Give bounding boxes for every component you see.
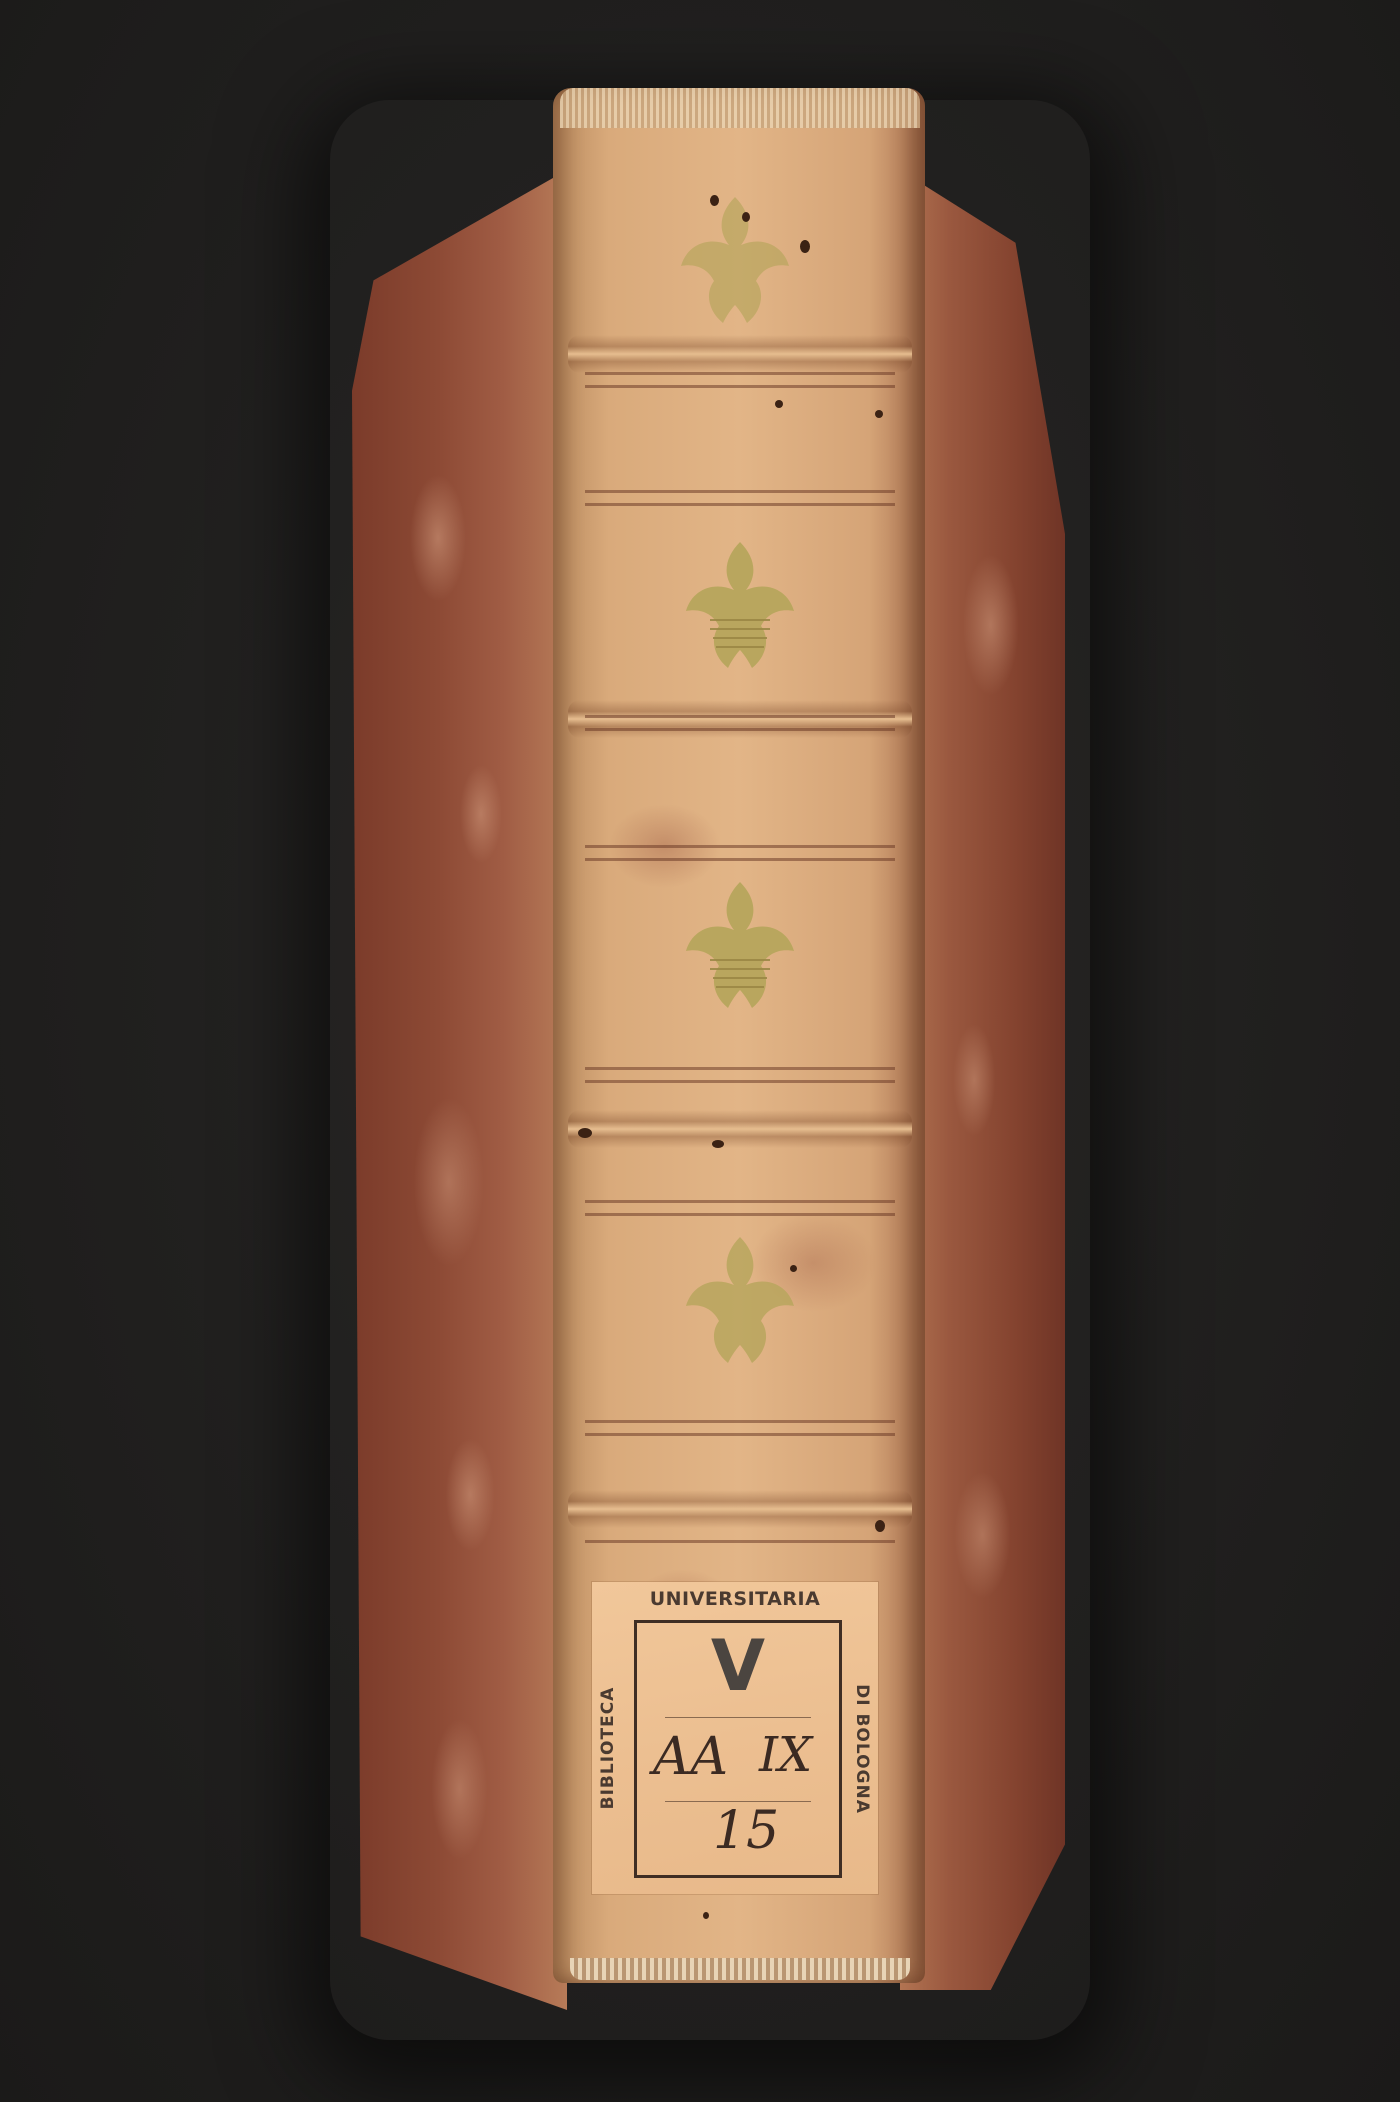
wormhole: [875, 410, 883, 418]
raised-band: [568, 1490, 912, 1528]
gilt-fleuron-icon: [665, 1225, 815, 1375]
wormhole: [578, 1128, 592, 1138]
wormhole: [790, 1265, 797, 1272]
spine-headcap-frayed: [560, 88, 920, 128]
gilt-fleuron-icon: [665, 870, 815, 1020]
raised-band: [568, 335, 912, 373]
blind-rule: [585, 385, 895, 388]
blind-rule: [585, 728, 895, 731]
wormhole: [712, 1140, 724, 1148]
label-class-letter: V: [637, 1625, 839, 1707]
wormhole: [875, 1520, 885, 1532]
wormhole: [710, 195, 719, 206]
blind-rule: [585, 503, 895, 506]
wormhole: [800, 240, 810, 253]
spine-tailcap-frayed: [570, 1958, 910, 1980]
wormhole: [742, 212, 750, 222]
gilt-fleuron-icon: [660, 185, 810, 335]
blind-rule: [585, 1067, 895, 1070]
blind-rule: [585, 845, 895, 848]
label-shelf-number: IX: [759, 1727, 812, 1783]
label-library-name-right: DI BOLOGNA: [852, 1624, 872, 1874]
blind-rule: [585, 1213, 895, 1216]
label-shelf-series: AA: [653, 1727, 728, 1787]
blind-rule: [585, 1433, 895, 1436]
book-left-board: [352, 170, 567, 2010]
blind-rule: [585, 858, 895, 861]
raised-band: [568, 700, 912, 738]
wormhole: [703, 1912, 709, 1919]
blind-rule: [585, 1080, 895, 1083]
blind-rule: [585, 1540, 895, 1543]
blind-rule: [585, 372, 895, 375]
blind-rule: [585, 490, 895, 493]
library-shelfmark-label: UNIVERSITARIA BIBLIOTECA DI BOLOGNA V AA…: [592, 1582, 878, 1894]
blind-rule: [585, 1200, 895, 1203]
blind-rule: [585, 1420, 895, 1423]
wormhole: [775, 400, 783, 408]
gilt-fleuron-icon: [665, 530, 815, 680]
label-library-name-top: UNIVERSITARIA: [592, 1588, 878, 1610]
blind-rule: [585, 715, 895, 718]
label-library-name-left: BIBLIOTECA: [598, 1623, 618, 1873]
label-divider: [665, 1717, 811, 1718]
raised-band: [568, 1110, 912, 1148]
label-shelfmark-box: V AA IX 15: [634, 1620, 842, 1878]
label-item-number: 15: [713, 1801, 779, 1861]
